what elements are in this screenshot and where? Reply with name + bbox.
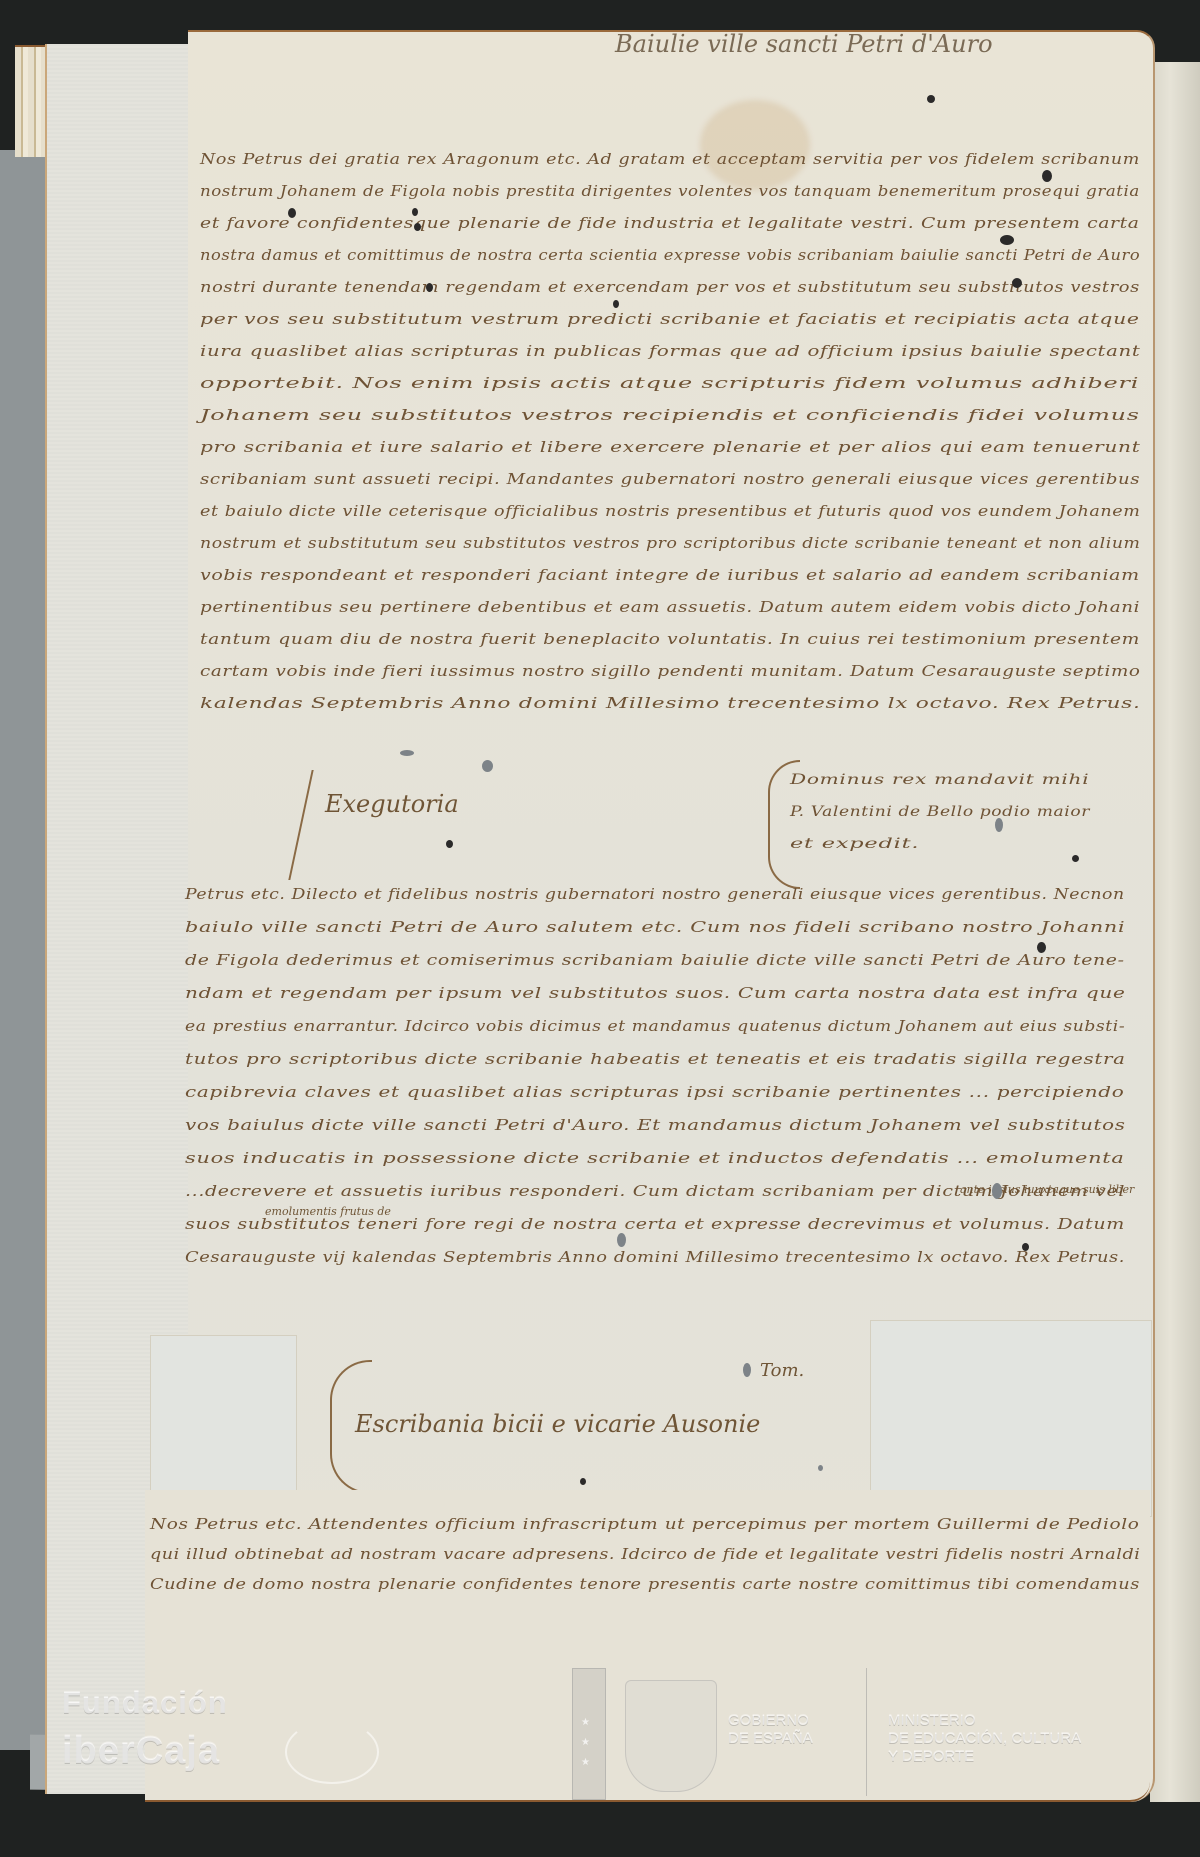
text-line: nostrum et substitutum seu substitutos v… bbox=[200, 534, 1141, 552]
worm-hole bbox=[995, 818, 1003, 832]
coat-of-arms-icon bbox=[625, 1680, 717, 1792]
text-line: nostri durante tenendam regendam et exer… bbox=[200, 278, 1140, 296]
gobierno-line1: GOBIERNO bbox=[728, 1712, 813, 1730]
ink-dot bbox=[927, 95, 935, 103]
text-line: de Figola dederimus et comiserimus scrib… bbox=[185, 951, 1125, 969]
ink-dot bbox=[1000, 235, 1014, 245]
ibercaja-watermark-line1: Fundación bbox=[62, 1685, 228, 1721]
ink-dot bbox=[1012, 278, 1022, 288]
ink-dot bbox=[414, 223, 421, 231]
text-line: Petrus etc. Dilecto et fidelibus nostris… bbox=[185, 885, 1125, 903]
text-line: pertinentibus seu pertinere debentibus e… bbox=[200, 598, 1140, 616]
worm-hole bbox=[743, 1363, 751, 1377]
text-line: cartam vobis inde fieri iussimus nostro … bbox=[200, 662, 1141, 680]
text-line: Nos Petrus etc. Attendentes officium inf… bbox=[150, 1515, 1139, 1533]
text-line: capibrevia claves et quaslibet alias scr… bbox=[185, 1083, 1124, 1101]
text-line: vos baiulus dicte ville sancti Petri d'A… bbox=[185, 1116, 1126, 1134]
text-line: vobis respondeant et responderi faciant … bbox=[200, 566, 1140, 584]
text-line: ea prestius enarrantur. Idcirco vobis di… bbox=[185, 1017, 1125, 1035]
text-line: nostrum Johanem de Figola nobis prestita… bbox=[200, 182, 1140, 200]
worm-hole bbox=[400, 750, 414, 756]
header-note: Baiulie ville sancti Petri d'Auro bbox=[615, 30, 993, 58]
ink-dot bbox=[1042, 170, 1052, 182]
text-line: Cudine de domo nostra plenarie confident… bbox=[150, 1575, 1140, 1593]
text-line: ndam et regendam per ipsum vel substitut… bbox=[185, 984, 1126, 1002]
text-line: et favore confidentesque plenarie de fid… bbox=[200, 214, 1140, 232]
watermark-divider bbox=[866, 1668, 867, 1796]
ink-dot bbox=[1072, 855, 1079, 862]
star-icon: ★ bbox=[581, 1717, 590, 1728]
ink-dot bbox=[288, 208, 296, 218]
worm-hole bbox=[992, 1183, 1002, 1199]
ibercaja-logo-icon bbox=[285, 1720, 379, 1784]
ink-dot bbox=[613, 300, 619, 308]
text-line: kalendas Septembris Anno domini Millesim… bbox=[200, 694, 1141, 712]
ink-dot bbox=[818, 1465, 823, 1471]
text-line: Dominus rex mandavit mihi bbox=[790, 772, 1089, 788]
ministerio-line1: MINISTERIO bbox=[888, 1712, 1081, 1730]
worm-hole bbox=[617, 1233, 626, 1247]
ink-dot bbox=[426, 283, 433, 292]
text-line: et expedit. bbox=[790, 836, 919, 852]
text-line: tutos pro scriptoribus dicte scribanie h… bbox=[185, 1050, 1126, 1068]
gobierno-line2: DE ESPAÑA bbox=[728, 1730, 813, 1748]
text-line: Nos Petrus dei gratia rex Aragonum etc. … bbox=[200, 150, 1140, 168]
ink-dot bbox=[580, 1478, 586, 1485]
text-line: scribaniam sunt assueti recipi. Mandante… bbox=[200, 470, 1140, 488]
ink-dot bbox=[1037, 942, 1046, 953]
spain-flag-stripe-icon: ★ ★ ★ bbox=[572, 1668, 606, 1800]
text-line: baiulo ville sancti Petri de Auro salute… bbox=[185, 918, 1125, 936]
worm-hole bbox=[482, 760, 493, 772]
text-line: opportebit. Nos enim ipsis actis atque s… bbox=[200, 374, 1139, 392]
ink-dot bbox=[446, 840, 453, 848]
text-line: et baiulo dicte ville ceterisque officia… bbox=[200, 502, 1140, 520]
stain bbox=[700, 100, 810, 190]
text-line: P. Valentini de Bello podio maior bbox=[790, 804, 1090, 820]
ministerio-line2: DE EDUCACIÓN, CULTURA bbox=[888, 1730, 1081, 1748]
ink-dot bbox=[412, 208, 418, 216]
ministerio-watermark: MINISTERIO DE EDUCACIÓN, CULTURA Y DEPOR… bbox=[888, 1712, 1081, 1766]
text-line: nostra damus et comittimus de nostra cer… bbox=[200, 246, 1140, 264]
text-line: per vos seu substitutum vestrum predicti… bbox=[200, 310, 1140, 328]
text-line: Cesarauguste vij kalendas Septembris Ann… bbox=[185, 1248, 1125, 1266]
ministerio-line3: Y DEPORTE bbox=[888, 1748, 1081, 1766]
text-line: qui illud obtinebat ad nostram vacare ad… bbox=[150, 1545, 1140, 1563]
gobierno-watermark: GOBIERNO DE ESPAÑA bbox=[728, 1712, 813, 1748]
right-leaf-edge bbox=[1150, 62, 1200, 1802]
paper-patch-right bbox=[870, 1320, 1152, 1517]
text-line: suos inducatis in possessione dicte scri… bbox=[185, 1149, 1125, 1167]
executoria-heading: Exegutoria bbox=[325, 790, 459, 818]
text-line: tantum quam diu de nostra fuerit benepla… bbox=[200, 630, 1140, 648]
star-icon: ★ bbox=[581, 1737, 590, 1748]
interlinear-note: ante ipsius iuuxtaque suis liber bbox=[960, 1183, 1134, 1196]
ibercaja-watermark-line2: iberCaja bbox=[62, 1730, 220, 1773]
interlinear-note: emolumentis frutus de bbox=[265, 1205, 391, 1218]
text-line: iura quaslibet alias scripturas in publi… bbox=[200, 342, 1141, 360]
ink-dot bbox=[1022, 1243, 1029, 1251]
star-icon: ★ bbox=[581, 1757, 590, 1768]
signature-mark: Tom. bbox=[760, 1360, 804, 1381]
text-line: Johanem seu substitutos vestros recipien… bbox=[200, 406, 1140, 424]
text-line: pro scribania et iure salario et libere … bbox=[200, 438, 1141, 456]
section-heading: Escribania bicii e vicarie Ausonie bbox=[355, 1410, 760, 1438]
paper-patch-left bbox=[150, 1335, 297, 1507]
